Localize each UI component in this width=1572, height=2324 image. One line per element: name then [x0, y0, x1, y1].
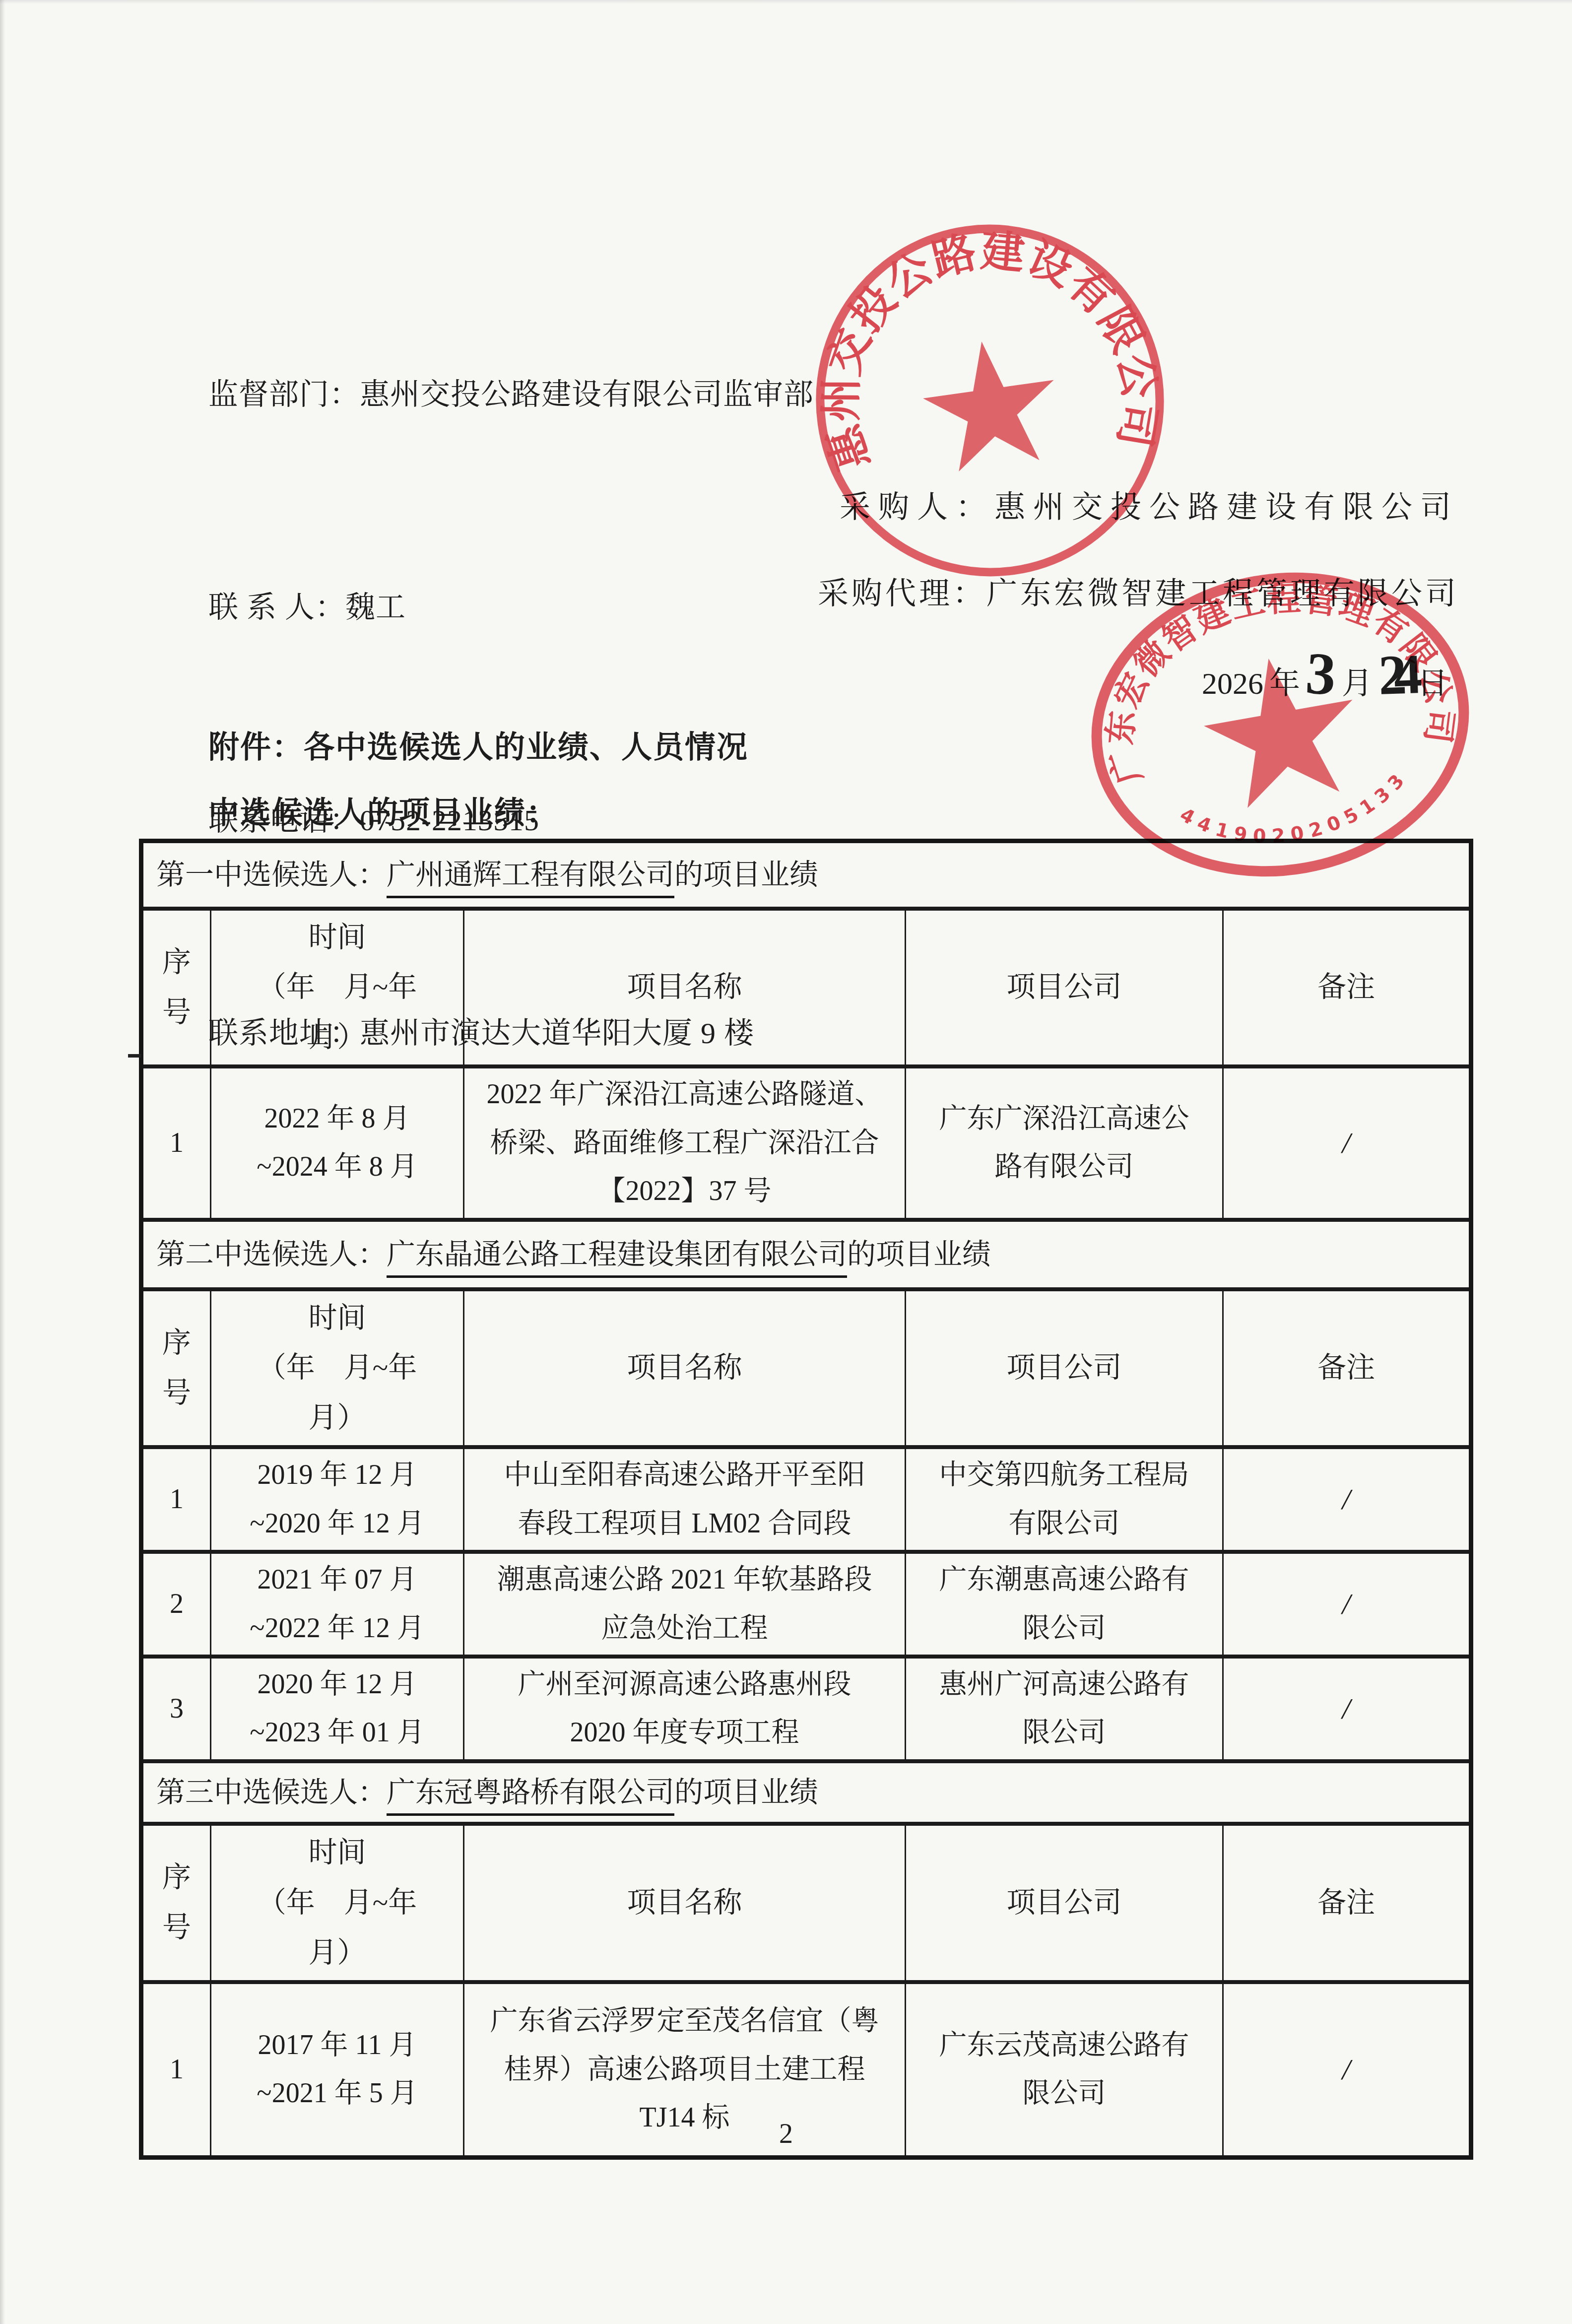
- attachment-heading: 附件：各中选候选人的业绩、人员情况: [208, 723, 748, 767]
- cell-time: 2020 年 12 月 ~2023 年 01 月: [211, 1657, 464, 1761]
- col-header-seq: 序号: [141, 909, 211, 1067]
- scan-edge-shadow: [0, 0, 5, 2324]
- seal-arc-text: 惠州交投公路建设有限公司: [809, 219, 1171, 497]
- agency-company-seal-icon: 广东宏微智建工程管理有限公司 4419020205133: [1082, 568, 1479, 881]
- scan-edge-shadow-top: [0, 0, 1572, 4]
- col-header-name: 项目名称: [464, 909, 906, 1067]
- cell-seq: 3: [141, 1657, 211, 1761]
- cell-project-company: 广东广深沿江高速公 路有限公司: [906, 1066, 1223, 1219]
- table-header-row: 序号 时间 （年 月~年 月） 项目名称 项目公司 备注: [141, 1289, 1471, 1448]
- section-2-prefix: 第二中选候选人：: [156, 1238, 387, 1270]
- cell-project-name: 2022 年广深沿江高速公路隧道、 桥梁、路面维修工程广深沿江合 【2022】3…: [464, 1066, 906, 1219]
- col-header-note: 备注: [1223, 909, 1471, 1067]
- scanned-document-page: 监督部门：惠州交投公路建设有限公司监审部 联 系 人：魏工 联系电话：0752-…: [0, 0, 1572, 2324]
- table-row-section-3-title: 第三中选候选人：广东冠粤路桥有限公司的项目业绩: [141, 1761, 1471, 1824]
- project-performance-table: 第一中选候选人：广州通辉工程有限公司的项目业绩 序号 时间 （年 月~年 月） …: [139, 839, 1473, 2160]
- cell-note: /: [1223, 1447, 1471, 1552]
- seal-serial-number: 4419020205133: [1174, 763, 1421, 864]
- seal-star-icon: [1194, 646, 1368, 813]
- col-header-company: 项目公司: [906, 909, 1223, 1067]
- cell-note: /: [1223, 1066, 1471, 1219]
- table-row: 2 2021 年 07 月 ~2022 年 12 月 潮惠高速公路 2021 年…: [141, 1552, 1471, 1657]
- section-1-company-underlined: 广州通辉工程有限公司: [387, 859, 674, 898]
- cell-note: /: [1223, 1552, 1471, 1657]
- section-3-suffix: 的项目业绩: [674, 1776, 818, 1808]
- col-header-company: 项目公司: [906, 1289, 1223, 1448]
- seal-star-icon: [917, 332, 1065, 475]
- table-row: 3 2020 年 12 月 ~2023 年 01 月 广州至河源高速公路惠州段 …: [141, 1657, 1471, 1761]
- cell-seq: 1: [141, 1066, 211, 1219]
- col-header-time: 时间 （年 月~年 月）: [211, 1289, 464, 1448]
- cell-project-name: 潮惠高速公路 2021 年软基路段 应急处治工程: [464, 1552, 906, 1657]
- section-1-suffix: 的项目业绩: [674, 859, 818, 891]
- table-header-row: 序号 时间 （年 月~年 月） 项目名称 项目公司 备注: [141, 909, 1471, 1067]
- scan-artifact: [128, 1054, 141, 1058]
- cell-project-company: 中交第四航务工程局 有限公司: [906, 1447, 1223, 1552]
- supervision-department-line: 监督部门：惠州交投公路建设有限公司监审部: [208, 359, 814, 430]
- cell-seq: 1: [141, 1447, 211, 1552]
- table-header-row: 序号 时间 （年 月~年 月） 项目名称 项目公司 备注: [141, 1824, 1471, 1982]
- cell-time: 2022 年 8 月 ~2024 年 8 月: [211, 1066, 464, 1219]
- contact-person-line: 联 系 人：魏工: [208, 572, 814, 643]
- col-header-company: 项目公司: [906, 1824, 1223, 1982]
- cell-project-company: 广东潮惠高速公路有 限公司: [906, 1552, 1223, 1657]
- performance-heading: 中选候选人的项目业绩：: [208, 788, 558, 832]
- table-row-section-2-title: 第二中选候选人：广东晶通公路工程建设集团有限公司的项目业绩: [141, 1220, 1471, 1289]
- svg-text:惠州交投公路建设有限公司: 惠州交投公路建设有限公司: [809, 219, 1171, 497]
- svg-text:4419020205133: 4419020205133: [1174, 763, 1421, 864]
- section-2-company-underlined: 广东晶通公路工程建设集团有限公司: [387, 1238, 847, 1278]
- cell-time: 2019 年 12 月 ~2020 年 12 月: [211, 1447, 464, 1552]
- section-3-prefix: 第三中选候选人：: [156, 1776, 387, 1808]
- col-header-seq: 序号: [141, 1824, 211, 1982]
- section-2-title-cell: 第二中选候选人：广东晶通公路工程建设集团有限公司的项目业绩: [141, 1220, 1471, 1289]
- section-2-suffix: 的项目业绩: [847, 1238, 991, 1270]
- table-row: 1 2019 年 12 月 ~2020 年 12 月 中山至阳春高速公路开平至阳…: [141, 1447, 1471, 1552]
- section-3-company-underlined: 广东冠粤路桥有限公司: [387, 1776, 674, 1816]
- page-number: 2: [0, 2118, 1572, 2150]
- cell-note: /: [1223, 1657, 1471, 1761]
- cell-project-name: 中山至阳春高速公路开平至阳 春段工程项目 LM02 合同段: [464, 1447, 906, 1552]
- section-3-title-cell: 第三中选候选人：广东冠粤路桥有限公司的项目业绩: [141, 1761, 1471, 1824]
- section-1-prefix: 第一中选候选人：: [156, 859, 387, 891]
- cell-seq: 2: [141, 1552, 211, 1657]
- cell-time: 2021 年 07 月 ~2022 年 12 月: [211, 1552, 464, 1657]
- col-header-name: 项目名称: [464, 1824, 906, 1982]
- table-row: 1 2022 年 8 月 ~2024 年 8 月 2022 年广深沿江高速公路隧…: [141, 1066, 1471, 1219]
- cell-project-company: 惠州广河高速公路有 限公司: [906, 1657, 1223, 1761]
- col-header-note: 备注: [1223, 1289, 1471, 1448]
- col-header-time: 时间 （年 月~年 月）: [211, 909, 464, 1067]
- col-header-name: 项目名称: [464, 1289, 906, 1448]
- cell-project-name: 广州至河源高速公路惠州段 2020 年度专项工程: [464, 1657, 906, 1761]
- col-header-seq: 序号: [141, 1289, 211, 1448]
- col-header-note: 备注: [1223, 1824, 1471, 1982]
- purchaser-company-seal-icon: 惠州交投公路建设有限公司: [809, 219, 1171, 582]
- col-header-time: 时间 （年 月~年 月）: [211, 1824, 464, 1982]
